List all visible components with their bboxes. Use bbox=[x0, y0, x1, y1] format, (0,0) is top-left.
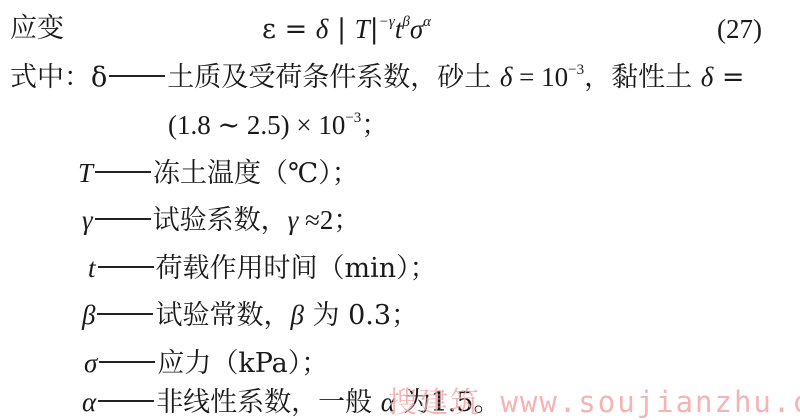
em-dash bbox=[97, 313, 153, 315]
symbol-beta: β bbox=[290, 300, 303, 330]
value-sand: = 10 bbox=[512, 62, 568, 92]
value-clay-range: (1.8 ∼ 2.5) × 10 bbox=[168, 110, 345, 140]
definitions-intro: 式中： bbox=[10, 62, 91, 93]
em-dash bbox=[95, 171, 151, 173]
exponent: −3 bbox=[345, 110, 361, 126]
def-symbol-sigma: σ bbox=[84, 348, 97, 378]
symbol-epsilon: ε bbox=[262, 14, 276, 45]
def-text: 非线性系数，一般 bbox=[156, 387, 381, 418]
definition-T: T冻土温度（℃）； bbox=[78, 156, 359, 191]
definition-delta: 式中：δ土质及受荷条件系数，砂土 δ = 10−3，黏性土 δ = bbox=[10, 60, 745, 95]
def-symbol-delta: δ bbox=[91, 62, 107, 93]
abs-open: | bbox=[328, 14, 354, 45]
semicolon: ； bbox=[361, 110, 388, 140]
exponent-gamma: −γ bbox=[379, 14, 395, 30]
symbol-gamma: γ bbox=[288, 205, 299, 235]
exponent-beta: β bbox=[402, 14, 409, 30]
exponent-alpha: α bbox=[423, 14, 431, 30]
def-symbol-gamma: γ bbox=[82, 205, 93, 235]
equation-number: (27) bbox=[717, 12, 762, 46]
symbol-sigma: σ bbox=[410, 14, 423, 44]
def-text: 试验常数， bbox=[155, 300, 290, 331]
definition-gamma: γ试验系数，γ ≈2； bbox=[82, 203, 360, 238]
def-text: 荷载作用时间（min）； bbox=[156, 253, 437, 284]
symbol-delta: δ bbox=[500, 62, 513, 92]
symbol-delta: δ bbox=[316, 14, 329, 44]
def-value: 为 0.3； bbox=[304, 300, 418, 331]
em-dash bbox=[99, 361, 155, 363]
def-text: 试验系数， bbox=[153, 205, 288, 236]
symbol-delta: δ bbox=[701, 62, 714, 92]
em-dash bbox=[98, 400, 154, 402]
definition-t: t荷载作用时间（min）； bbox=[88, 251, 437, 286]
def-symbol-T: T bbox=[78, 158, 93, 188]
def-text: 冻土温度（℃）； bbox=[153, 158, 359, 189]
exponent: −3 bbox=[568, 62, 584, 78]
def-text: 应力（kPa）； bbox=[157, 348, 328, 379]
def-symbol-alpha: α bbox=[82, 387, 96, 417]
def-text: 土质及受荷条件系数，砂土 bbox=[167, 62, 500, 93]
definition-sigma: σ应力（kPa）； bbox=[84, 346, 328, 381]
def-text: ，黏性土 bbox=[584, 62, 701, 93]
equals-sign: = bbox=[713, 62, 744, 93]
equals-sign: = bbox=[276, 14, 316, 45]
symbol-T: T bbox=[355, 14, 370, 44]
em-dash bbox=[95, 218, 151, 220]
equation-formula: ε = δ | T|−γtβσα bbox=[262, 12, 431, 47]
em-dash bbox=[98, 266, 154, 268]
equation-label: 应变 bbox=[10, 12, 64, 46]
definition-delta-continued: (1.8 ∼ 2.5) × 10−3； bbox=[168, 108, 388, 142]
def-value: ≈2； bbox=[298, 205, 360, 235]
definition-beta: β试验常数，β 为 0.3； bbox=[82, 298, 418, 333]
def-symbol-t: t bbox=[88, 253, 96, 283]
watermark: 搜建筑 www.soujianzhu.cn bbox=[388, 380, 800, 420]
def-symbol-beta: β bbox=[82, 300, 95, 330]
em-dash bbox=[109, 75, 165, 77]
abs-close: | bbox=[370, 14, 379, 45]
